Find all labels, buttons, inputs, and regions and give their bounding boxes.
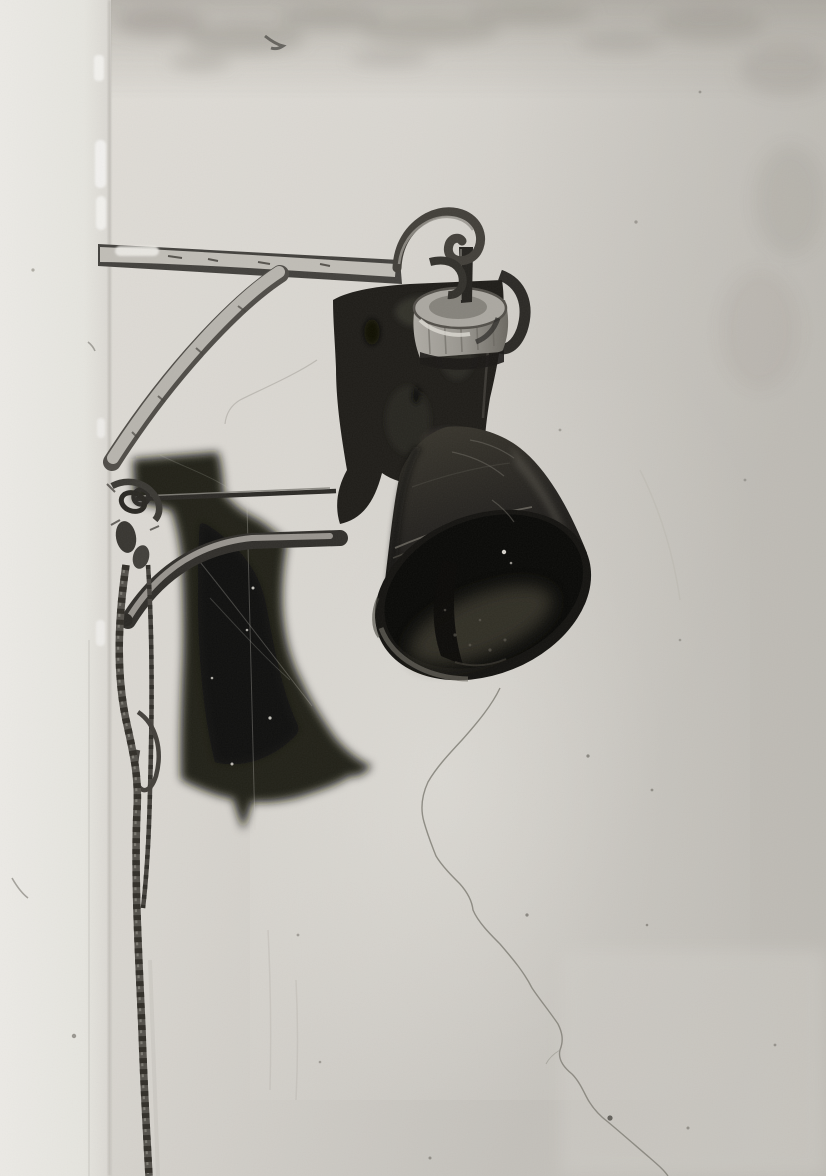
photograph <box>0 0 826 1176</box>
tone-layer <box>0 0 826 1176</box>
